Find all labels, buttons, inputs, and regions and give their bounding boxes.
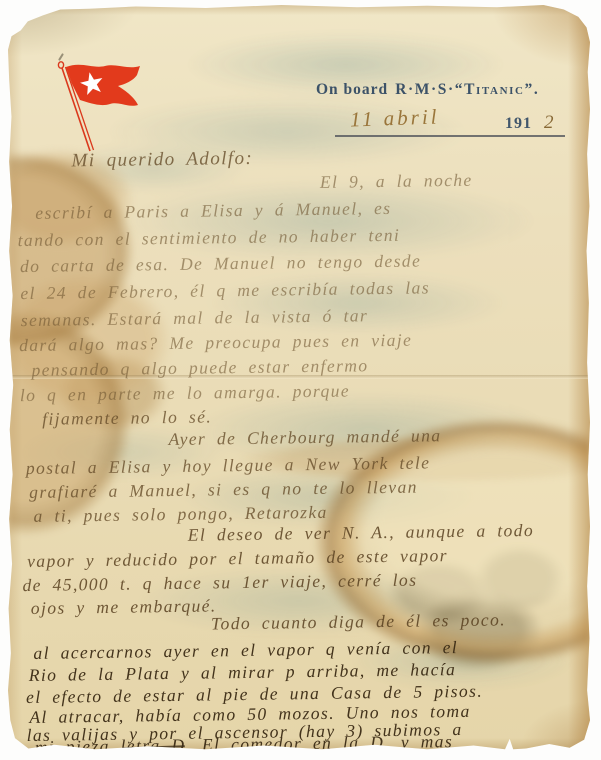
letter-line: El deseo de ver N. A., aunque a todo — [188, 522, 534, 544]
letter-line: grafiaré a Manuel, si es q no te lo llev… — [29, 479, 418, 502]
letter-line: El 9, a la noche — [320, 172, 473, 192]
letter-line: tando con el sentimiento de no haber ten… — [18, 227, 401, 250]
letter-line: semanas. Estará mal de la vista ó tar — [21, 307, 369, 329]
letter-line: Ayer de Cherbourg mandé una — [168, 427, 441, 448]
letter-paper: On boardR·M·S·“Titanic”. 11 abril 191 2 … — [8, 5, 590, 750]
letter-line: dará algo mas? Me preocupa pues en viaje — [19, 332, 412, 355]
letter-line: lo q en parte me lo amarga. porque — [20, 383, 350, 405]
letter-line: do carta de esa. De Manuel no tengo desd… — [20, 252, 421, 275]
letter-line: Mi querido Adolfo: — [71, 149, 253, 171]
letter-line: vapor y reducido por el tamaño de este v… — [27, 547, 448, 570]
letter-line: mi pieza letra D. El comedor en la D. y … — [35, 733, 454, 756]
letter-line: el 24 de Febrero, él q me escribía todas… — [20, 279, 430, 302]
letter-line: pensando q algo puede estar enfermo — [31, 357, 368, 379]
letter-line: postal a Elisa y hoy llegue a New York t… — [26, 454, 431, 477]
letter-body: Mi querido Adolfo: El 9, a la noche escr… — [2, 0, 594, 750]
letter-line: Todo cuanto diga de él es poco. — [211, 611, 506, 633]
letter-line: escribí a Paris a Elisa y á Manuel, es — [35, 200, 391, 222]
letter-line: de 45,000 t. q hace su 1er viaje, cerré … — [22, 572, 417, 595]
letter-line: ojos y me embarqué. — [31, 597, 217, 617]
letter-line: fijamente no lo sé. — [42, 408, 212, 428]
letter-line: a ti, pues solo pongo, Retarozka — [33, 504, 327, 526]
